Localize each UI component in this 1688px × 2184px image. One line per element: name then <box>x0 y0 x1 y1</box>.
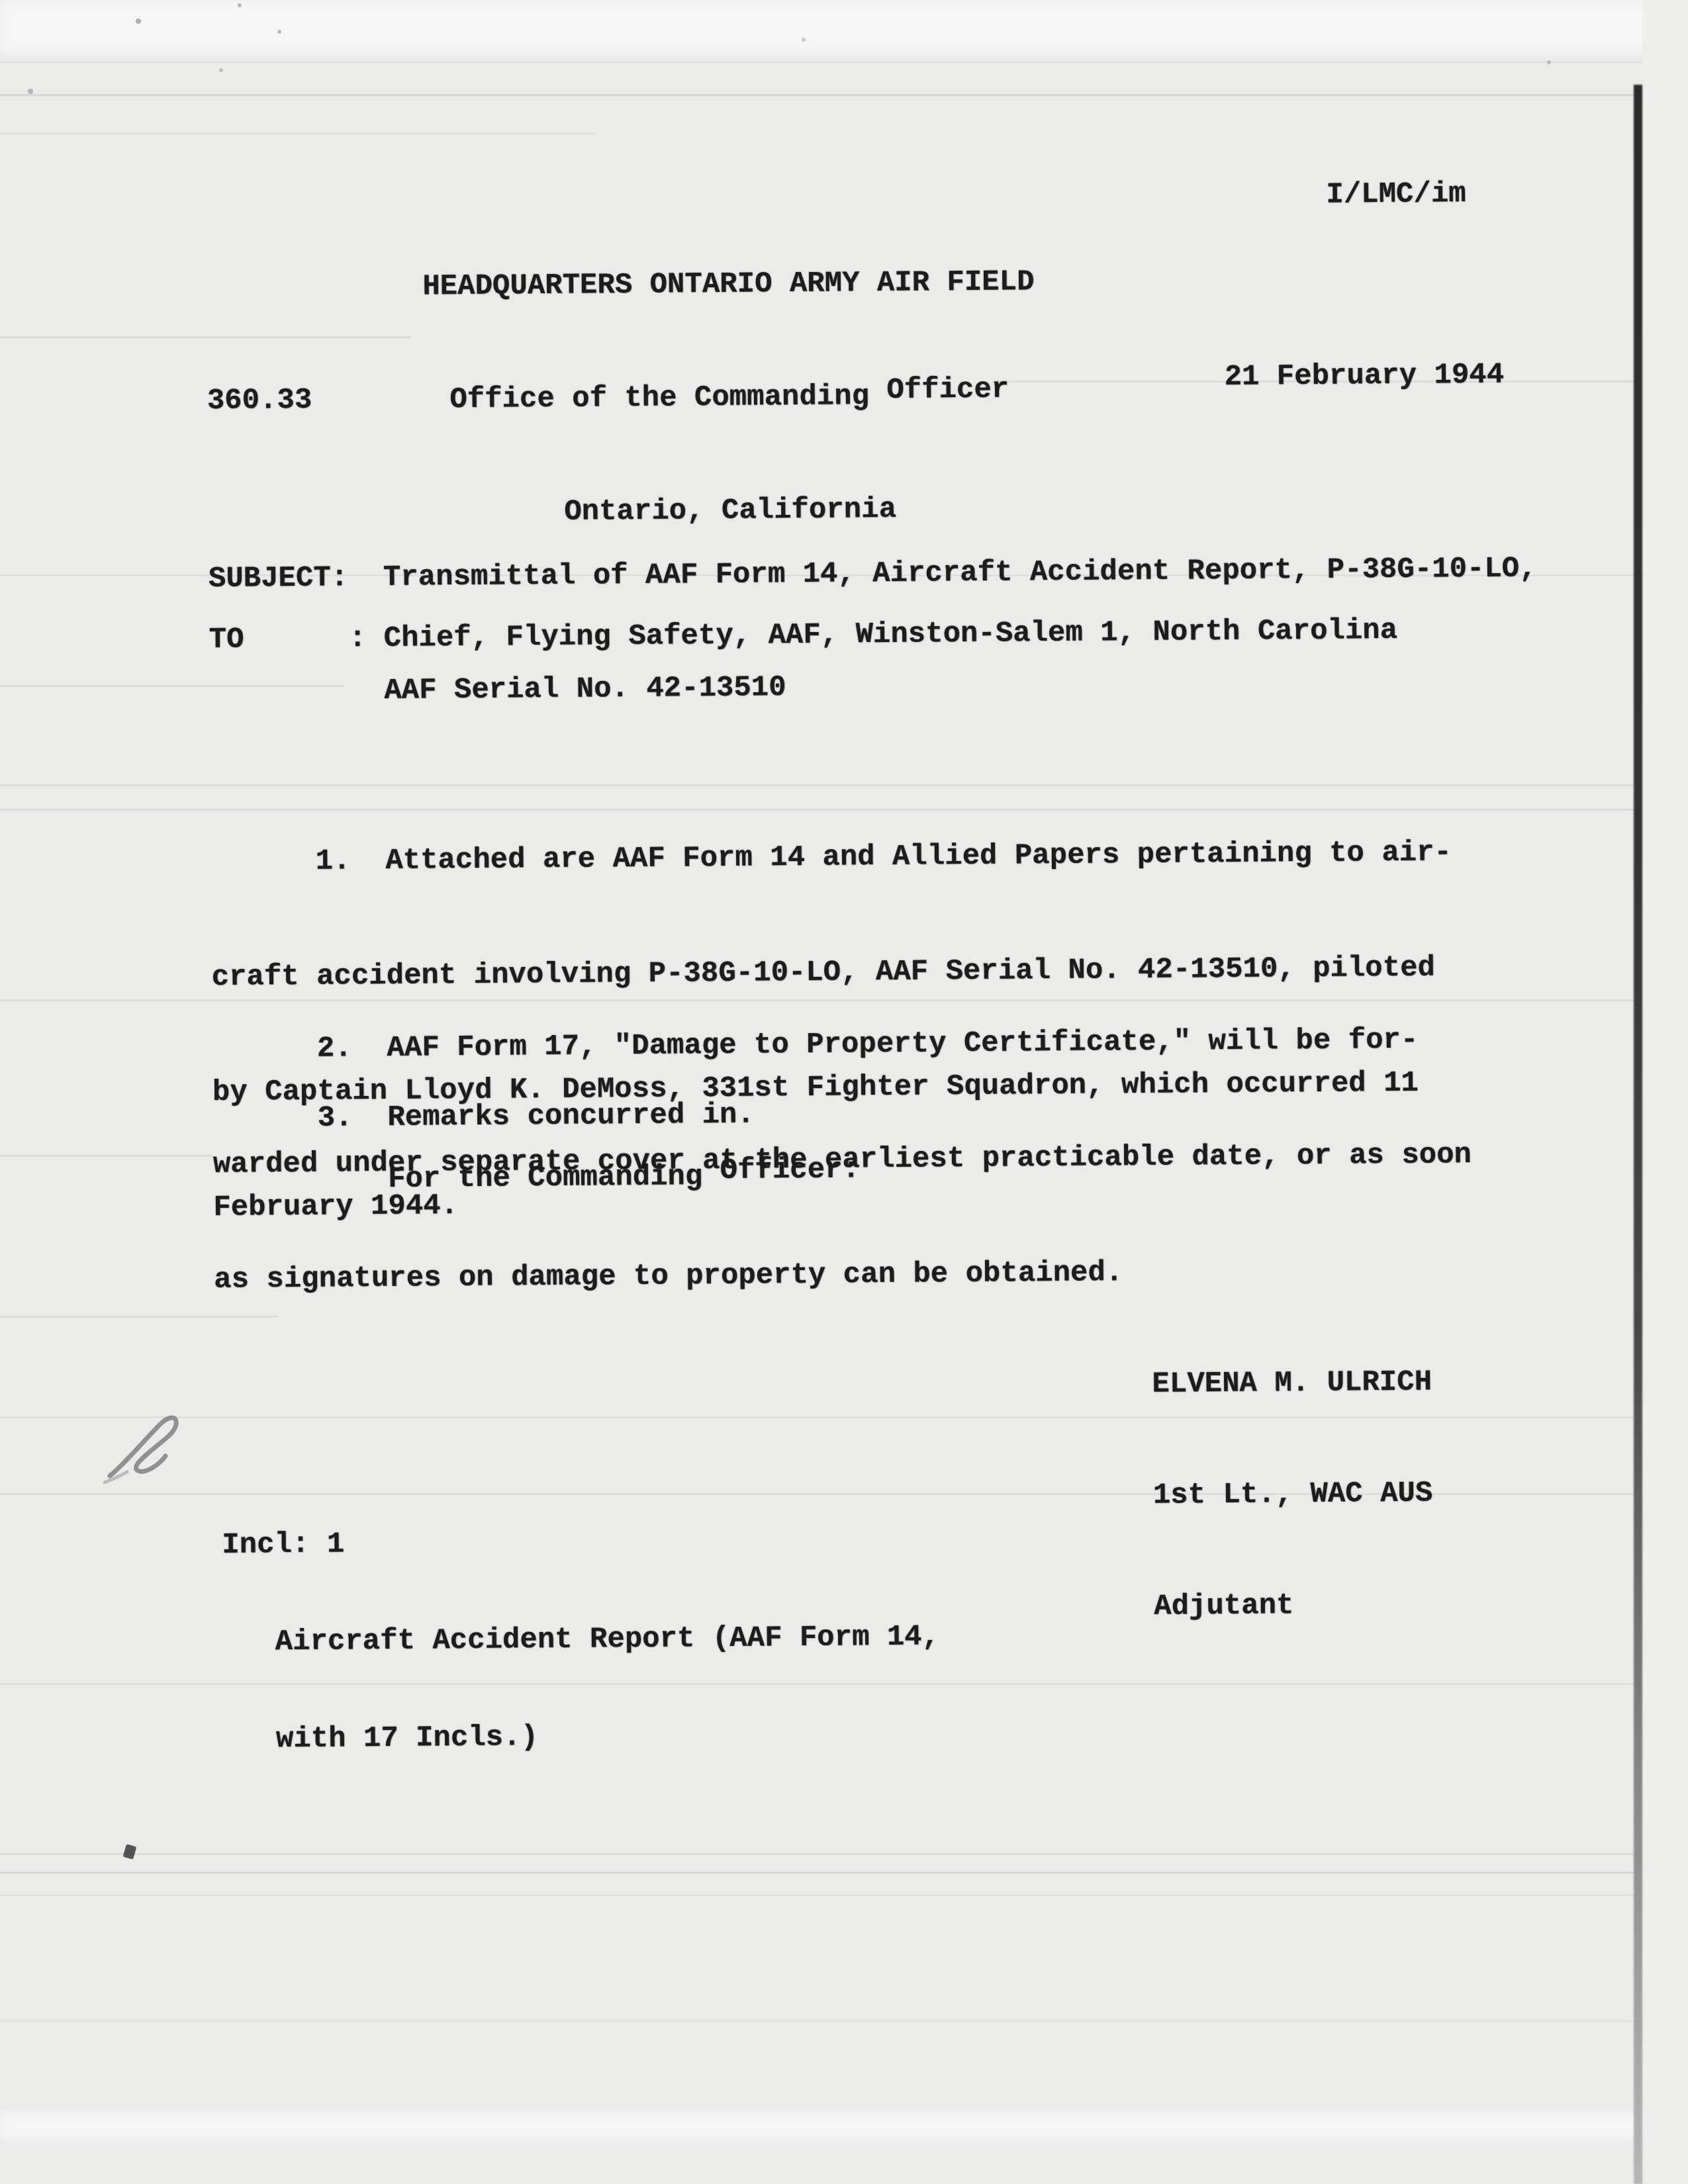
closing-line: For the Commanding Officer: <box>388 1157 860 1199</box>
letterhead-line1: HEADQUARTERS ONTARIO ARMY AIR FIELD <box>417 263 1039 306</box>
date-line: 21 February 1944 <box>1224 357 1504 396</box>
signature-title: Adjutant <box>1154 1586 1434 1625</box>
closing-text: For the Commanding <box>388 1160 720 1196</box>
signature-rank: 1st Lt., WAC AUS <box>1153 1475 1433 1514</box>
signature-name: ELVENA M. ULRICH <box>1152 1364 1432 1403</box>
letterhead-line2-text: Office of the Commanding <box>449 380 886 416</box>
enclosure-line3: with 17 Incls.) <box>224 1718 941 1756</box>
letter-text-layer: I/LMC/im HEADQUARTERS ONTARIO ARMY AIR F… <box>0 0 1688 2184</box>
scanned-document-page: I/LMC/im HEADQUARTERS ONTARIO ARMY AIR F… <box>0 0 1688 2184</box>
paragraph-2-line1: 2. AAF Form 17, "Damage to Property Cert… <box>212 1021 1471 1069</box>
letterhead-line2: Office of the Commanding Officer <box>418 377 1041 419</box>
enclosure-block: Incl: 1 Aircraft Accident Report (AAF Fo… <box>221 1459 941 1821</box>
subject-line1: SUBJECT: Transmittal of AAF Form 14, Air… <box>209 550 1537 598</box>
file-number: 360.33 <box>207 382 312 420</box>
signature-block: ELVENA M. ULRICH 1st Lt., WAC AUS Adjuta… <box>1151 1290 1434 1700</box>
closing-raised-word: Officer: <box>720 1153 860 1187</box>
office-reference-symbol: I/LMC/im <box>1326 175 1466 214</box>
enclosure-line2: Aircraft Accident Report (AAF Form 14, <box>222 1621 939 1659</box>
letterhead-line2-raised-word: Officer <box>886 373 1009 407</box>
paragraph-1-line1: 1. Attached are AAF Form 14 and Allied P… <box>211 833 1452 882</box>
paragraph-3: 3. Remarks concurred in. <box>212 1097 755 1138</box>
enclosure-line1: Incl: 1 <box>222 1524 939 1562</box>
subject-line2: AAF Serial No. 42-13510 <box>209 663 1538 711</box>
